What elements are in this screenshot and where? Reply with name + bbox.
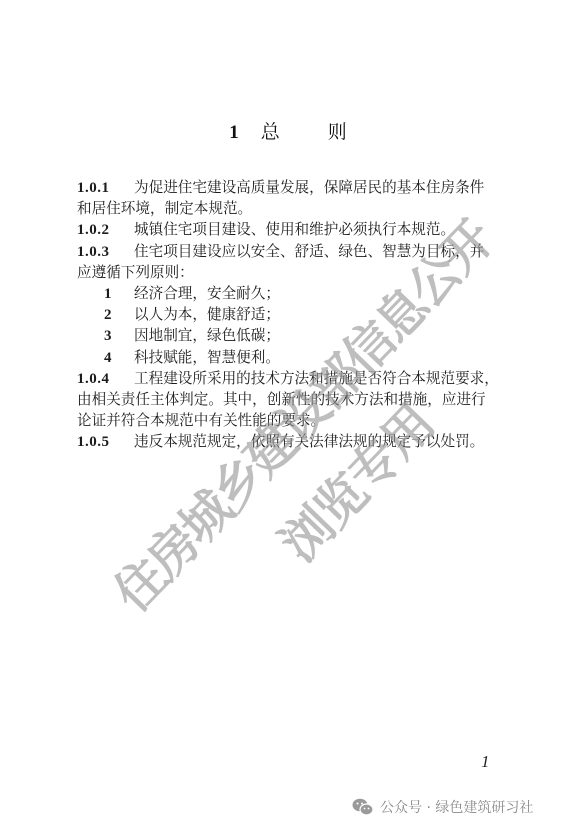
clause-1-0-1-line-2: 和居住环境，制定本规范。 [77, 198, 503, 219]
clause-text: 违反本规范规定，依照有关法律法规的规定予以处罚。 [134, 433, 484, 450]
clause-number: 1.0.2 [77, 220, 134, 241]
chapter-number: 1 [229, 122, 239, 143]
clause-number: 1.0.3 [77, 242, 134, 263]
clause-text: 论证并符合本规范中有关性能的要求。 [77, 412, 325, 429]
clause-1-0-2-line-1: 1.0.2城镇住宅项目建设、使用和维护必须执行本规范。 [77, 219, 503, 240]
clause-text: 为促进住宅建设高质量发展，保障居民的基本住房条件 [134, 179, 484, 196]
clause-text: 和居住环境，制定本规范。 [77, 200, 252, 217]
clause-text: 住宅项目建设应以安全、舒适、绿色、智慧为目标，并 [134, 243, 484, 260]
item-text: 科技赋能，智慧便利。 [134, 349, 280, 366]
item-number: 4 [104, 348, 134, 369]
item-text: 因地制宜，绿色低碳； [134, 327, 280, 344]
principle-item-2: 2以人为本，健康舒适； [77, 304, 503, 325]
item-number: 2 [104, 305, 134, 326]
clause-1-0-3-line-2: 应遵循下列原则： [77, 262, 503, 283]
clause-text: 应遵循下列原则： [77, 264, 194, 281]
clause-number: 1.0.1 [77, 178, 134, 199]
principle-item-4: 4科技赋能，智慧便利。 [77, 347, 503, 368]
item-number: 3 [104, 326, 134, 347]
clause-number: 1.0.4 [77, 369, 134, 390]
principle-item-1: 1经济合理，安全耐久； [77, 283, 503, 304]
item-number: 1 [104, 284, 134, 305]
clause-1-0-4-line-3: 论证并符合本规范中有关性能的要求。 [77, 410, 503, 431]
clause-number: 1.0.5 [77, 432, 134, 453]
document-page: 1总则 1.0.1为促进住宅建设高质量发展，保障居民的基本住房条件 和居住环境，… [0, 0, 576, 834]
clause-1-0-4-line-1: 1.0.4工程建设所采用的技术方法和措施是否符合本规范要求， [77, 368, 503, 389]
clause-1-0-4-line-2: 由相关责任主体判定。其中，创新性的技术方法和措施，应进行 [77, 389, 503, 410]
footer-text: 公众号 · 绿色建筑研习社 [380, 797, 533, 817]
item-text: 经济合理，安全耐久； [134, 285, 280, 302]
chapter-title: 1总则 [0, 117, 576, 144]
page-number: 1 [481, 752, 490, 772]
clause-text: 工程建设所采用的技术方法和措施是否符合本规范要求， [134, 370, 499, 387]
wechat-account-footer: 公众号 · 绿色建筑研习社 [352, 797, 533, 817]
wechat-icon [352, 798, 374, 816]
clause-text: 由相关责任主体判定。其中，创新性的技术方法和措施，应进行 [77, 391, 486, 408]
chapter-body: 1.0.1为促进住宅建设高质量发展，保障居民的基本住房条件 和居住环境，制定本规… [77, 177, 503, 452]
clause-1-0-5-line-1: 1.0.5违反本规范规定，依照有关法律法规的规定予以处罚。 [77, 431, 503, 452]
principle-item-3: 3因地制宜，绿色低碳； [77, 325, 503, 346]
chapter-title-char-1: 总 [261, 121, 280, 143]
chapter-title-char-2: 则 [328, 121, 347, 143]
clause-1-0-1-line-1: 1.0.1为促进住宅建设高质量发展，保障居民的基本住房条件 [77, 177, 503, 198]
clause-1-0-3-line-1: 1.0.3住宅项目建设应以安全、舒适、绿色、智慧为目标，并 [77, 241, 503, 262]
item-text: 以人为本，健康舒适； [134, 306, 280, 323]
clause-text: 城镇住宅项目建设、使用和维护必须执行本规范。 [134, 221, 455, 238]
